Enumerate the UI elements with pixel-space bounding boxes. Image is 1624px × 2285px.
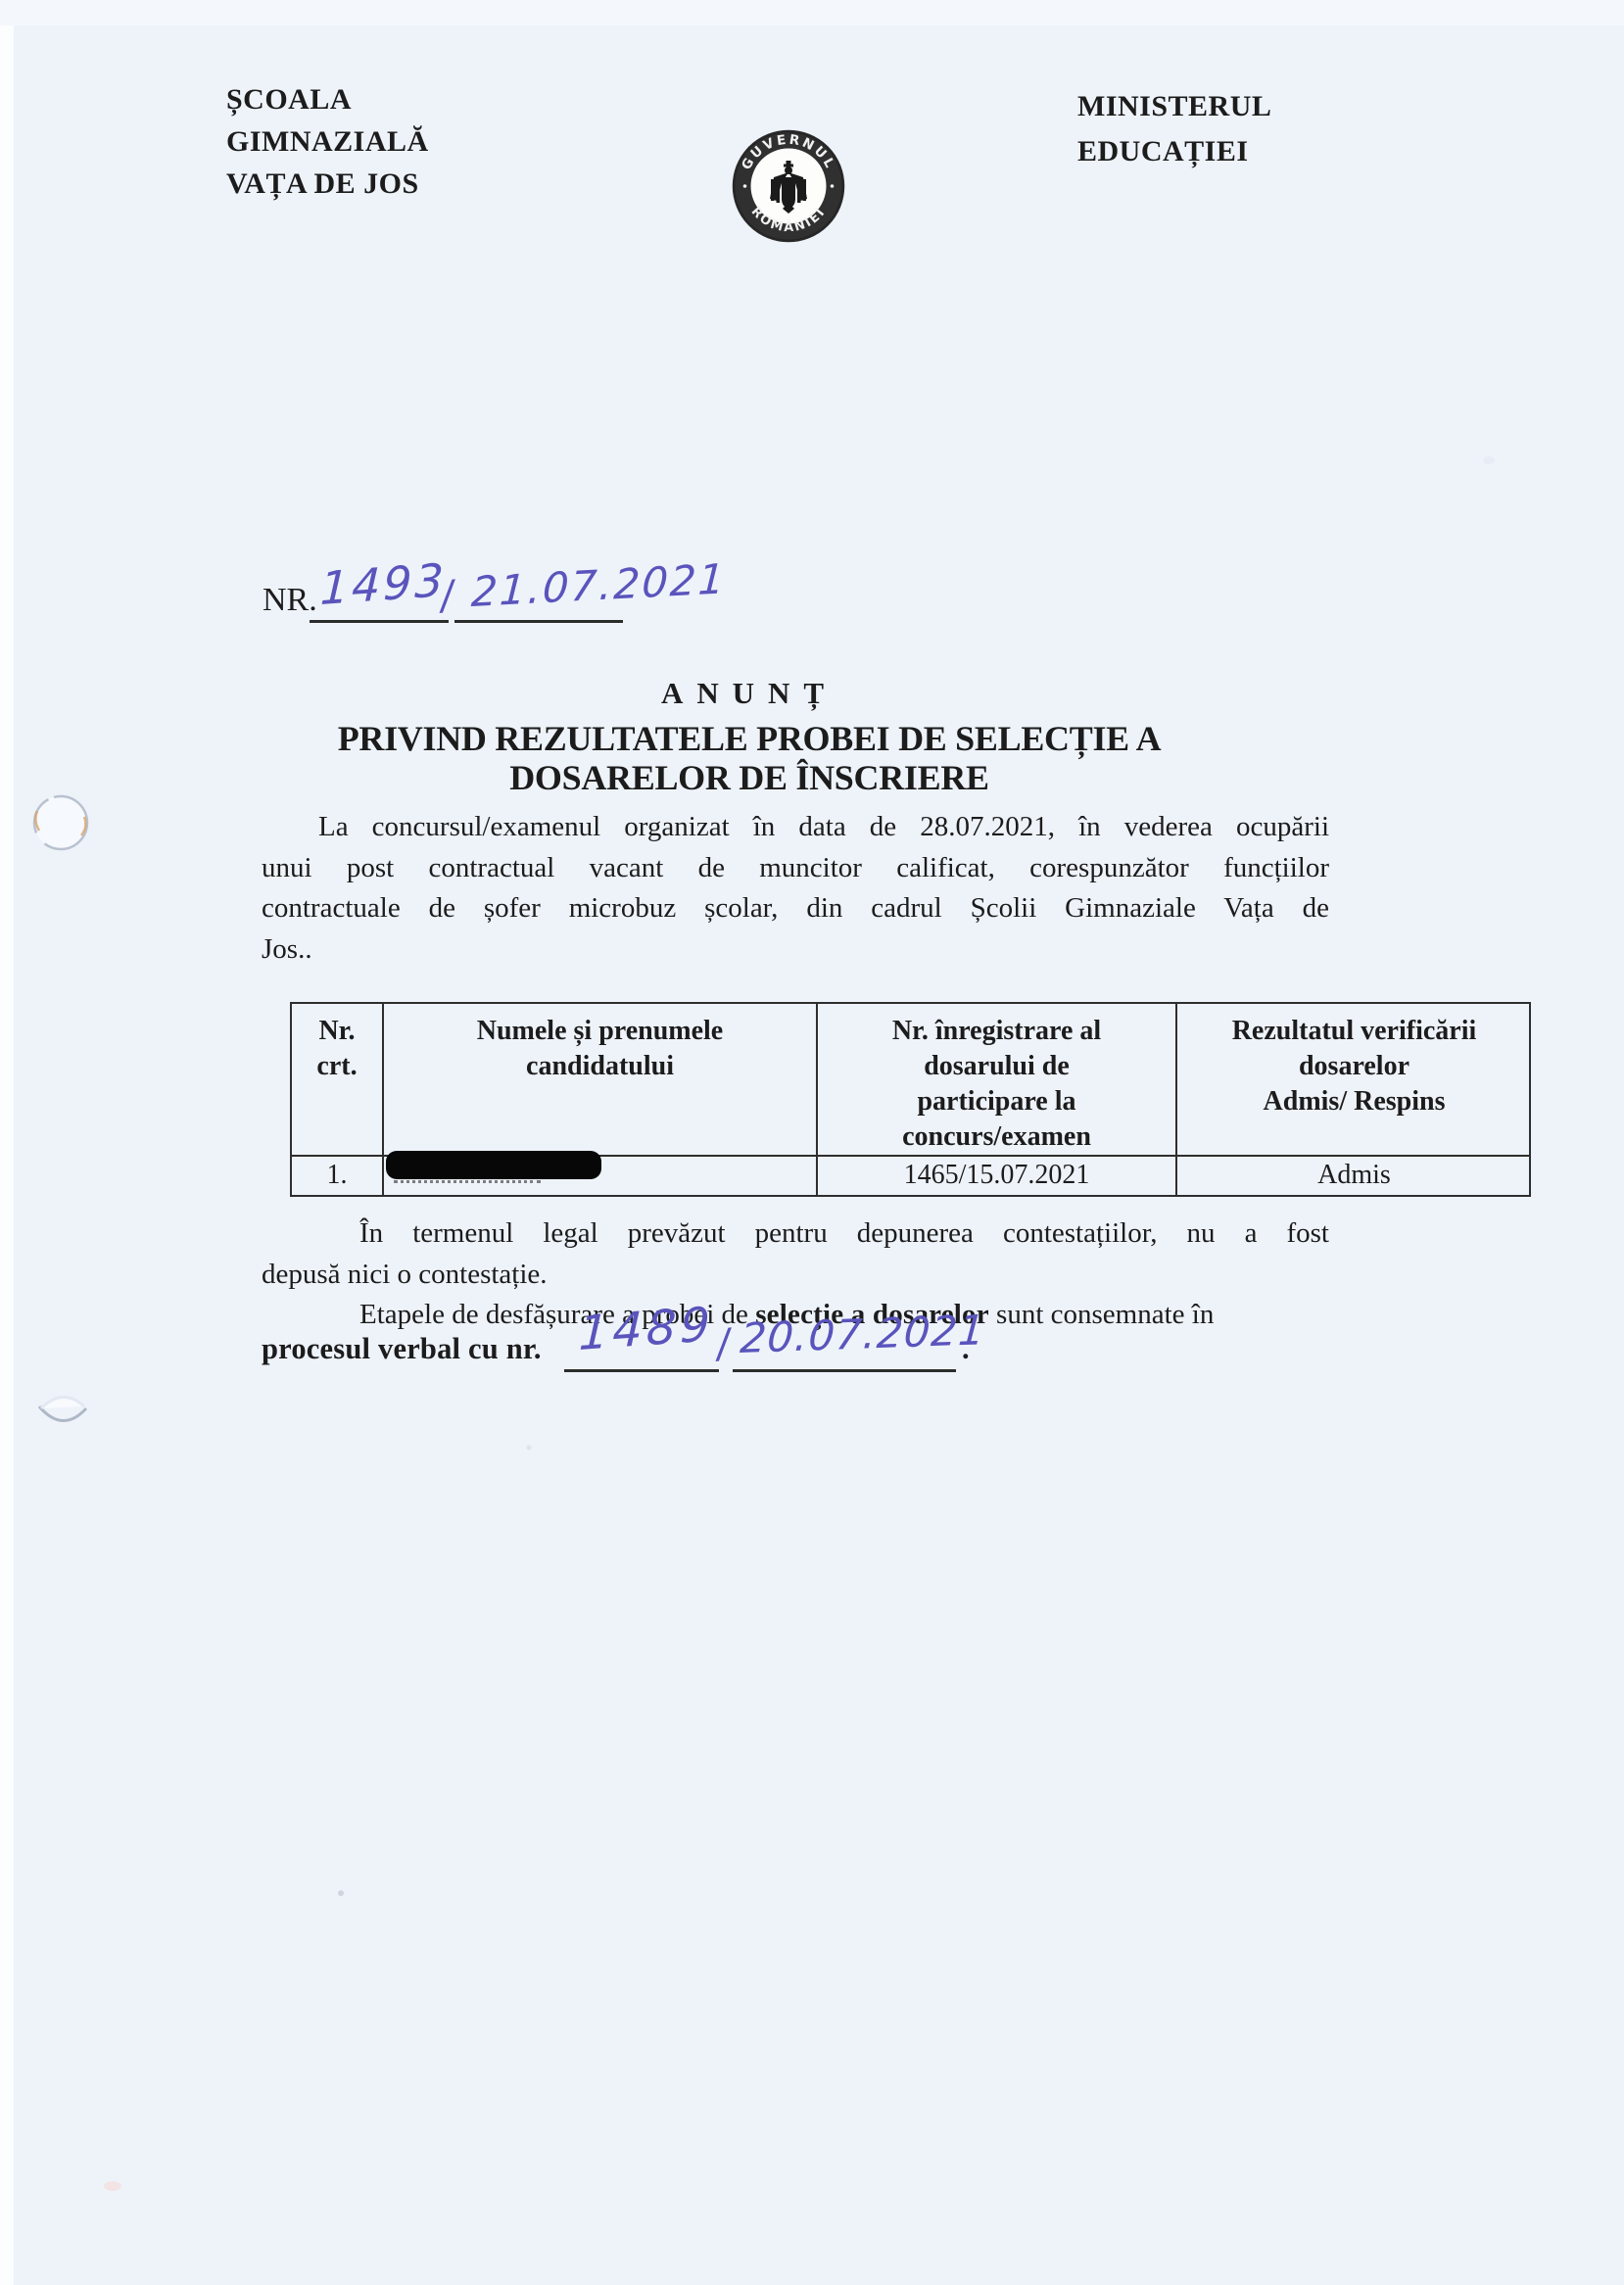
- paragraph-line: La concursul/examenul organizat în data …: [262, 811, 1329, 852]
- subtitle-line: PRIVIND REZULTATELE PROBEI DE SELECȚIE A: [0, 719, 1499, 758]
- government-seal-icon: GUVERNUL ROMÂNIEI: [731, 128, 846, 244]
- subtitle-line: DOSARELOR DE ÎNSCRIERE: [0, 758, 1499, 797]
- table-header-candidate-name: Numele și prenumele candidatului: [384, 1004, 818, 1157]
- sentence-period: .: [962, 1332, 970, 1366]
- table-header-nr-crt: Nr. crt.: [292, 1004, 384, 1157]
- intro-paragraph: La concursul/examenul organizat în data …: [262, 811, 1329, 974]
- ministry-line: MINISTERUL: [1077, 84, 1271, 129]
- scan-edge-strip: [0, 0, 14, 2285]
- handwritten-verbal-number: 1489: [578, 1297, 715, 1361]
- paragraph-line: contractuale de șofer microbuz școlar, d…: [262, 892, 1329, 933]
- table-header-registration-number: Nr. înregistrare al dosarului de partici…: [818, 1004, 1177, 1157]
- paragraph-line: depusă nici o contestație.: [262, 1259, 1329, 1300]
- redacted-name-bar: [386, 1151, 601, 1179]
- table-cell-result: Admis: [1177, 1157, 1531, 1197]
- table-cell-registration-number: 1465/15.07.2021: [818, 1157, 1177, 1197]
- ministry-line: EDUCAȚIEI: [1077, 129, 1271, 174]
- school-name-line: VAȚA DE JOS: [226, 163, 429, 205]
- school-name-block: ȘCOALA GIMNAZIALĂ VAȚA DE JOS: [226, 78, 429, 205]
- verbal-process-label: procesul verbal cu nr.: [262, 1332, 542, 1366]
- paragraph-line: În termenul legal prevăzut pentru depune…: [262, 1217, 1329, 1259]
- contestation-paragraph: În termenul legal prevăzut pentru depune…: [262, 1217, 1329, 1299]
- school-name-line: ȘCOALA: [226, 78, 429, 120]
- scan-top-strip: [0, 0, 1624, 25]
- results-table: Nr. crt. Numele și prenumele candidatulu…: [290, 1002, 1531, 1197]
- handwritten-verbal-date: 20.07.2021: [739, 1306, 987, 1362]
- school-name-line: GIMNAZIALĂ: [226, 120, 429, 163]
- table-cell-row-number: 1.: [292, 1157, 384, 1197]
- paragraph-line: Jos..: [262, 933, 1329, 975]
- document-title: ANUNȚ: [0, 676, 1499, 711]
- table-cell-candidate-name: [384, 1157, 818, 1197]
- document-subtitle: PRIVIND REZULTATELE PROBEI DE SELECȚIE A…: [0, 719, 1499, 797]
- paragraph-line: unui post contractual vacant de muncitor…: [262, 852, 1329, 893]
- handwritten-registration-date: 21.07.2021: [470, 554, 728, 616]
- ministry-name-block: MINISTERUL EDUCAȚIEI: [1077, 84, 1271, 174]
- redacted-name-remnant: [394, 1180, 541, 1183]
- handwritten-registration-number: 1493: [319, 553, 448, 615]
- table-header-verification-result: Rezultatul verificării dosarelor Admis/ …: [1177, 1004, 1531, 1157]
- scanned-document-page: ȘCOALA GIMNAZIALĂ VAȚA DE JOS GUVERNUL R…: [0, 0, 1624, 2285]
